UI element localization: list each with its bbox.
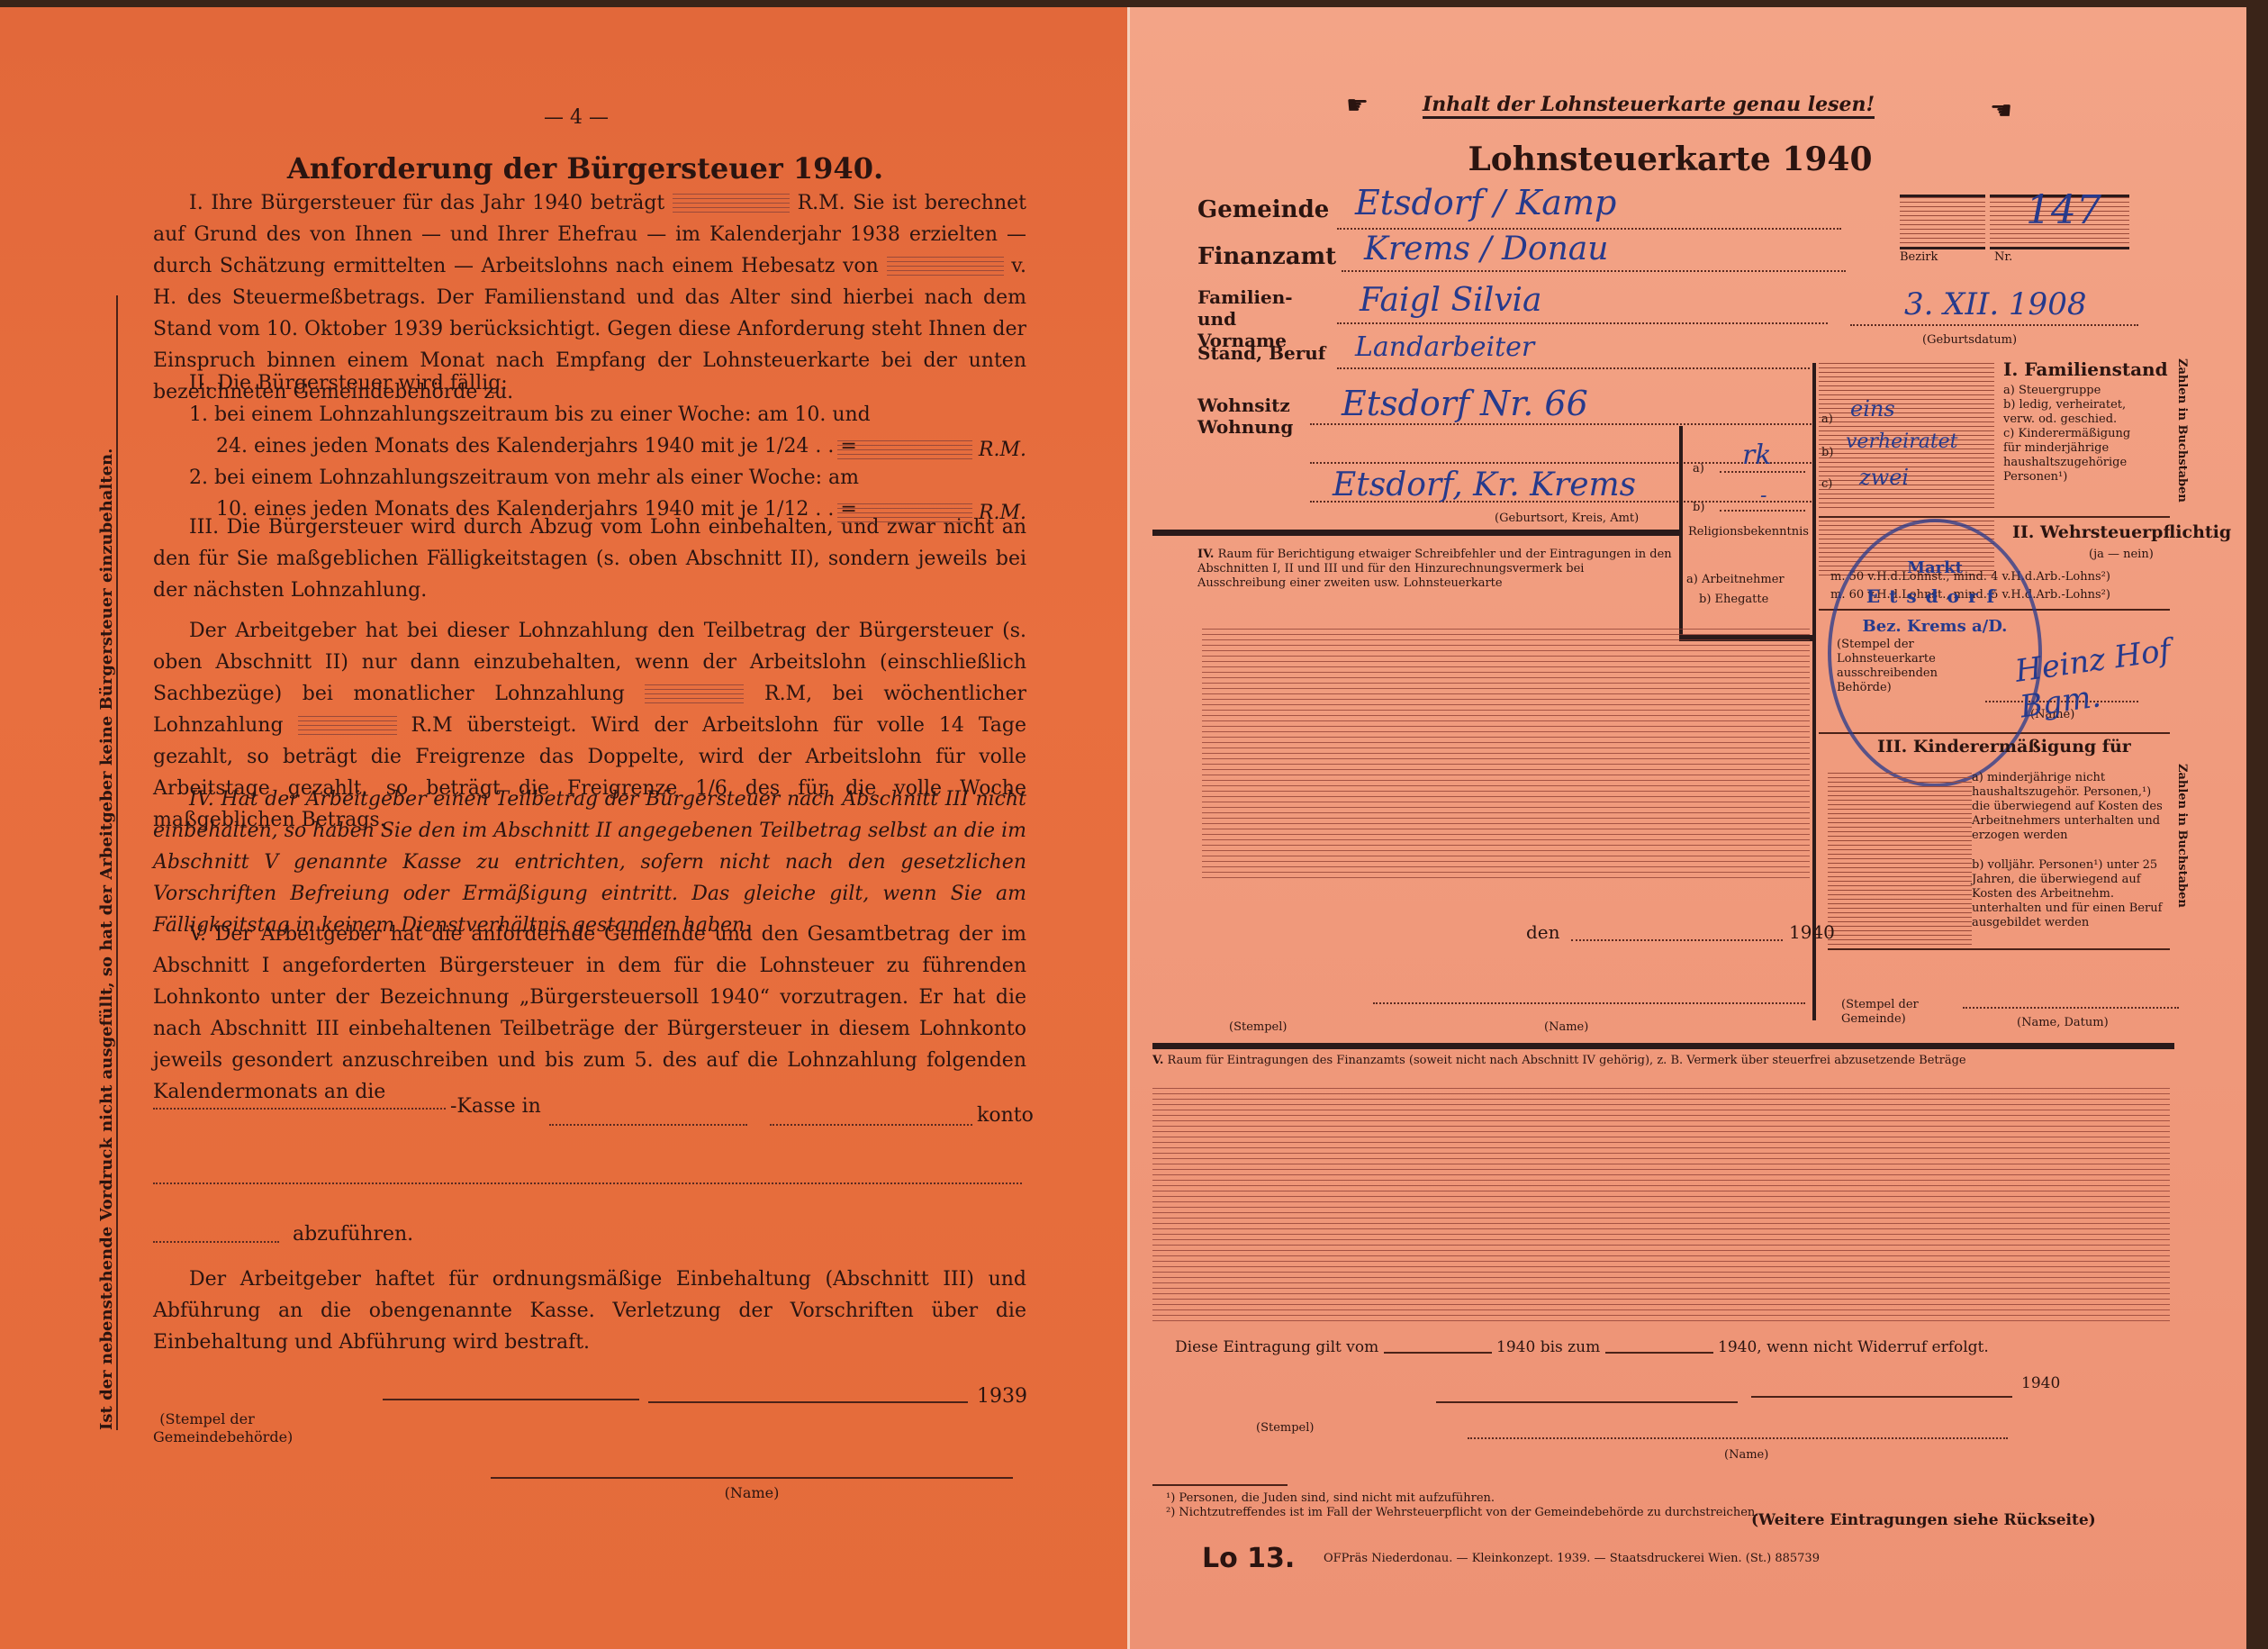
form-code: Lo 13.	[1202, 1543, 1295, 1574]
kinder-a: a) minderjährige nicht haushaltszugehör.…	[1972, 771, 2165, 843]
nr-label: Nr.	[1994, 250, 2012, 265]
divider	[1152, 1484, 1288, 1486]
gemeinde-value: Etsdorf / Kamp	[1355, 183, 1616, 222]
page-number: — 4 —	[504, 106, 648, 129]
redacted-rate	[887, 257, 1004, 276]
redacted-weekly-limit	[298, 716, 397, 736]
stand-beruf-value: Landarbeiter	[1355, 331, 1534, 363]
kinder-heading: III. Kinderermäßigung für	[1877, 737, 2131, 757]
finanzamt-label: Finanzamt	[1197, 243, 1336, 270]
section-2-heading: II. Die Bürgersteuer wird fällig:	[153, 367, 1026, 399]
religion-caption: Religionsbekenntnis	[1688, 525, 1805, 539]
redacted-monthly-limit	[645, 684, 744, 704]
mayor-signature: Heinz Hof Bgm.	[2013, 622, 2251, 726]
konto-label: konto	[977, 1104, 1034, 1127]
signature-field[interactable]	[491, 1477, 1013, 1479]
notice-banner: Inhalt der Lohnsteuerkarte genau lesen!	[1423, 93, 1875, 119]
currency-label: R.M.	[979, 439, 1026, 461]
section-2-item2a: 2. bei einem Lohnzahlungszeitraum von me…	[189, 462, 1026, 494]
divider	[1679, 426, 1683, 638]
kasse-field[interactable]	[153, 1108, 446, 1110]
card-title: Lohnsteuerkarte 1940	[1400, 140, 1940, 178]
finanzamt-lines[interactable]	[1152, 1088, 2170, 1322]
place-field[interactable]	[383, 1399, 639, 1400]
stamp-label-4: (Stempel)	[1229, 1020, 1287, 1035]
amount-field[interactable]	[153, 1241, 279, 1243]
gemeinde-label: Gemeinde	[1197, 196, 1329, 223]
more-entries-note: (Weitere Eintragungen siehe Rückseite)	[1751, 1511, 2096, 1529]
footnote-1: ¹) Personen, die Juden sind, sind nicht …	[1166, 1491, 1495, 1506]
kinder-stamp-label: (Stempel der Gemeinde)	[1841, 998, 1949, 1027]
side-note-1: Zahlen in Buchstaben	[2174, 358, 2189, 503]
left-title: Anforderung der Bürgersteuer 1940.	[270, 151, 900, 186]
fam-c-marker: c)	[1821, 477, 1832, 492]
familienstand-labels: a) Steuergruppe b) ledig, verheiratet, v…	[2003, 384, 2134, 485]
wohnsitz-label: Wohnsitz Wohnung	[1197, 394, 1315, 438]
margin-note: Ist der nebenstehende Vordruck nicht aus…	[97, 295, 118, 1430]
right-section-5: V. Raum für Eintragungen des Finanzamts …	[1152, 1054, 2170, 1068]
religion-b-value: -	[1760, 485, 1767, 507]
name-field-5[interactable]	[1468, 1437, 2008, 1439]
name-field[interactable]	[1337, 322, 1828, 324]
birthdate-field[interactable]	[1850, 324, 2138, 326]
bezirk-box	[1900, 195, 1985, 249]
fam-a-marker: a)	[1821, 412, 1833, 427]
pointing-hand-left-icon: ☛	[1346, 90, 1369, 120]
section-1-text-a: I. Ihre Bürgersteuer für das Jahr 1940 b…	[189, 192, 664, 214]
pointing-hand-right-icon: ☛	[1990, 95, 2012, 125]
address-field-2[interactable]	[1310, 462, 1814, 464]
birthdate-label: (Geburtsdatum)	[1922, 333, 2017, 348]
stamp-label-5: (Stempel)	[1256, 1421, 1314, 1436]
correction-lines[interactable]	[1202, 629, 1810, 881]
divider	[1819, 516, 2170, 518]
footnote-2: ²) Nichtzutreffendes ist im Fall der Weh…	[1166, 1506, 1758, 1520]
right-page: ☛ Inhalt der Lohnsteuerkarte genau lesen…	[1127, 7, 2246, 1649]
kinder-b: b) volljähr. Personen¹) unter 25 Jahren,…	[1972, 858, 2165, 930]
geburtsort-label: (Geburtsort, Kreis, Amt)	[1495, 512, 1639, 526]
wohnsitz-field[interactable]	[1310, 423, 1814, 425]
fam-a-value: eins	[1850, 396, 1895, 421]
religion-a-label: a)	[1693, 462, 1704, 476]
finanzamt-field[interactable]	[1342, 270, 1846, 272]
wehrsteuer-heading: II. Wehrsteuerpflichtig	[2012, 522, 2231, 542]
stand-beruf-field[interactable]	[1337, 367, 1810, 369]
account-field[interactable]	[153, 1182, 1022, 1184]
religion-sub-a: a) Arbeitnehmer	[1686, 573, 1785, 587]
divider	[1828, 948, 2170, 950]
birthdate-value: 3. XII. 1908	[1904, 286, 2086, 322]
right-section-4: IV. Raum für Berichtigung etwaiger Schre…	[1197, 548, 1675, 591]
kinder-name-field[interactable]	[1963, 1007, 2179, 1009]
redacted-amount	[673, 194, 790, 213]
divider	[1152, 530, 1679, 536]
divider	[1152, 1043, 2174, 1049]
date-field-4[interactable]	[1571, 939, 1783, 941]
validity-from-field[interactable]	[1384, 1343, 1492, 1354]
kinder-box	[1828, 773, 1972, 953]
name-label-4: (Name)	[1544, 1020, 1588, 1035]
name-value: Faigl Silvia	[1360, 282, 1542, 319]
redacted-weekly	[837, 440, 972, 460]
konto-field[interactable]	[770, 1124, 972, 1126]
religion-a-value: rk	[1742, 439, 1772, 471]
liability-text: Der Arbeitgeber haftet für ordnungsmäßig…	[153, 1264, 1026, 1358]
name-label-5: (Name)	[1724, 1448, 1768, 1463]
geburtsort-value: Etsdorf, Kr. Krems	[1333, 467, 1636, 503]
abzufuehren-label: abzuführen.	[293, 1223, 413, 1246]
section-2-item1a: 1. bei einem Lohnzahlungszeitraum bis zu…	[189, 399, 1026, 430]
fam-c-value: zwei	[1859, 465, 1909, 490]
validity-line: Diese Eintragung gilt vom 1940 bis zum 1…	[1175, 1338, 1989, 1356]
familienstand-heading: I. Familienstand	[2003, 358, 2168, 380]
year-5: 1940	[2021, 1374, 2060, 1392]
den-label: den	[1526, 921, 1560, 943]
wohnsitz-value: Etsdorf Nr. 66	[1342, 384, 1588, 423]
left-page: — 4 — Anforderung der Bürgersteuer 1940.…	[0, 7, 1127, 1649]
year-4: 1940	[1789, 921, 1835, 943]
date-field-5[interactable]	[1751, 1396, 2012, 1398]
section-3: III. Die Bürgersteuer wird durch Abzug v…	[153, 512, 1026, 606]
nr-value: 147	[2026, 187, 2101, 233]
validity-to-field[interactable]	[1605, 1343, 1713, 1354]
side-note-2: Zahlen in Buchstaben	[2174, 764, 2189, 908]
religion-b-label: b)	[1693, 501, 1704, 515]
section-5: V. Der Arbeitgeber hat die anfordernde G…	[153, 919, 1026, 1108]
section-2-item1b: 24. eines jeden Monats des Kalenderjahrs…	[216, 435, 857, 458]
section-2: II. Die Bürgersteuer wird fällig: 1. bei…	[153, 367, 1026, 525]
kasse-location-field[interactable]	[549, 1124, 747, 1126]
date-year: 1939	[977, 1385, 1027, 1408]
place-field-5[interactable]	[1436, 1401, 1738, 1403]
name-label: (Name)	[684, 1484, 819, 1502]
gemeinde-field[interactable]	[1337, 228, 1841, 230]
fam-b-value: verheiratet	[1846, 430, 1958, 453]
stand-beruf-label: Stand, Beruf	[1197, 342, 1325, 364]
section-4: IV. Hat der Arbeitgeber einen Teilbetrag…	[153, 784, 1026, 941]
stamp-label: (Stempel der Gemeindebehörde)	[153, 1410, 261, 1446]
kinder-name-label: (Name, Datum)	[2017, 1016, 2109, 1030]
religion-b-field[interactable]	[1720, 510, 1805, 512]
imprint: OFPräs Niederdonau. — Kleinkonzept. 1939…	[1324, 1552, 1820, 1566]
date-field[interactable]	[648, 1401, 968, 1403]
bezirk-label: Bezirk	[1900, 250, 1938, 265]
name-field-4[interactable]	[1373, 1002, 1805, 1004]
wehrsteuer-options: (ja — nein)	[2089, 548, 2154, 562]
fam-b-marker: b)	[1821, 446, 1833, 460]
finanzamt-value: Krems / Donau	[1364, 231, 1608, 267]
religion-a-field[interactable]	[1720, 471, 1805, 473]
kasse-label: -Kasse in	[450, 1095, 541, 1118]
religion-sub-b: b) Ehegatte	[1699, 593, 1768, 607]
